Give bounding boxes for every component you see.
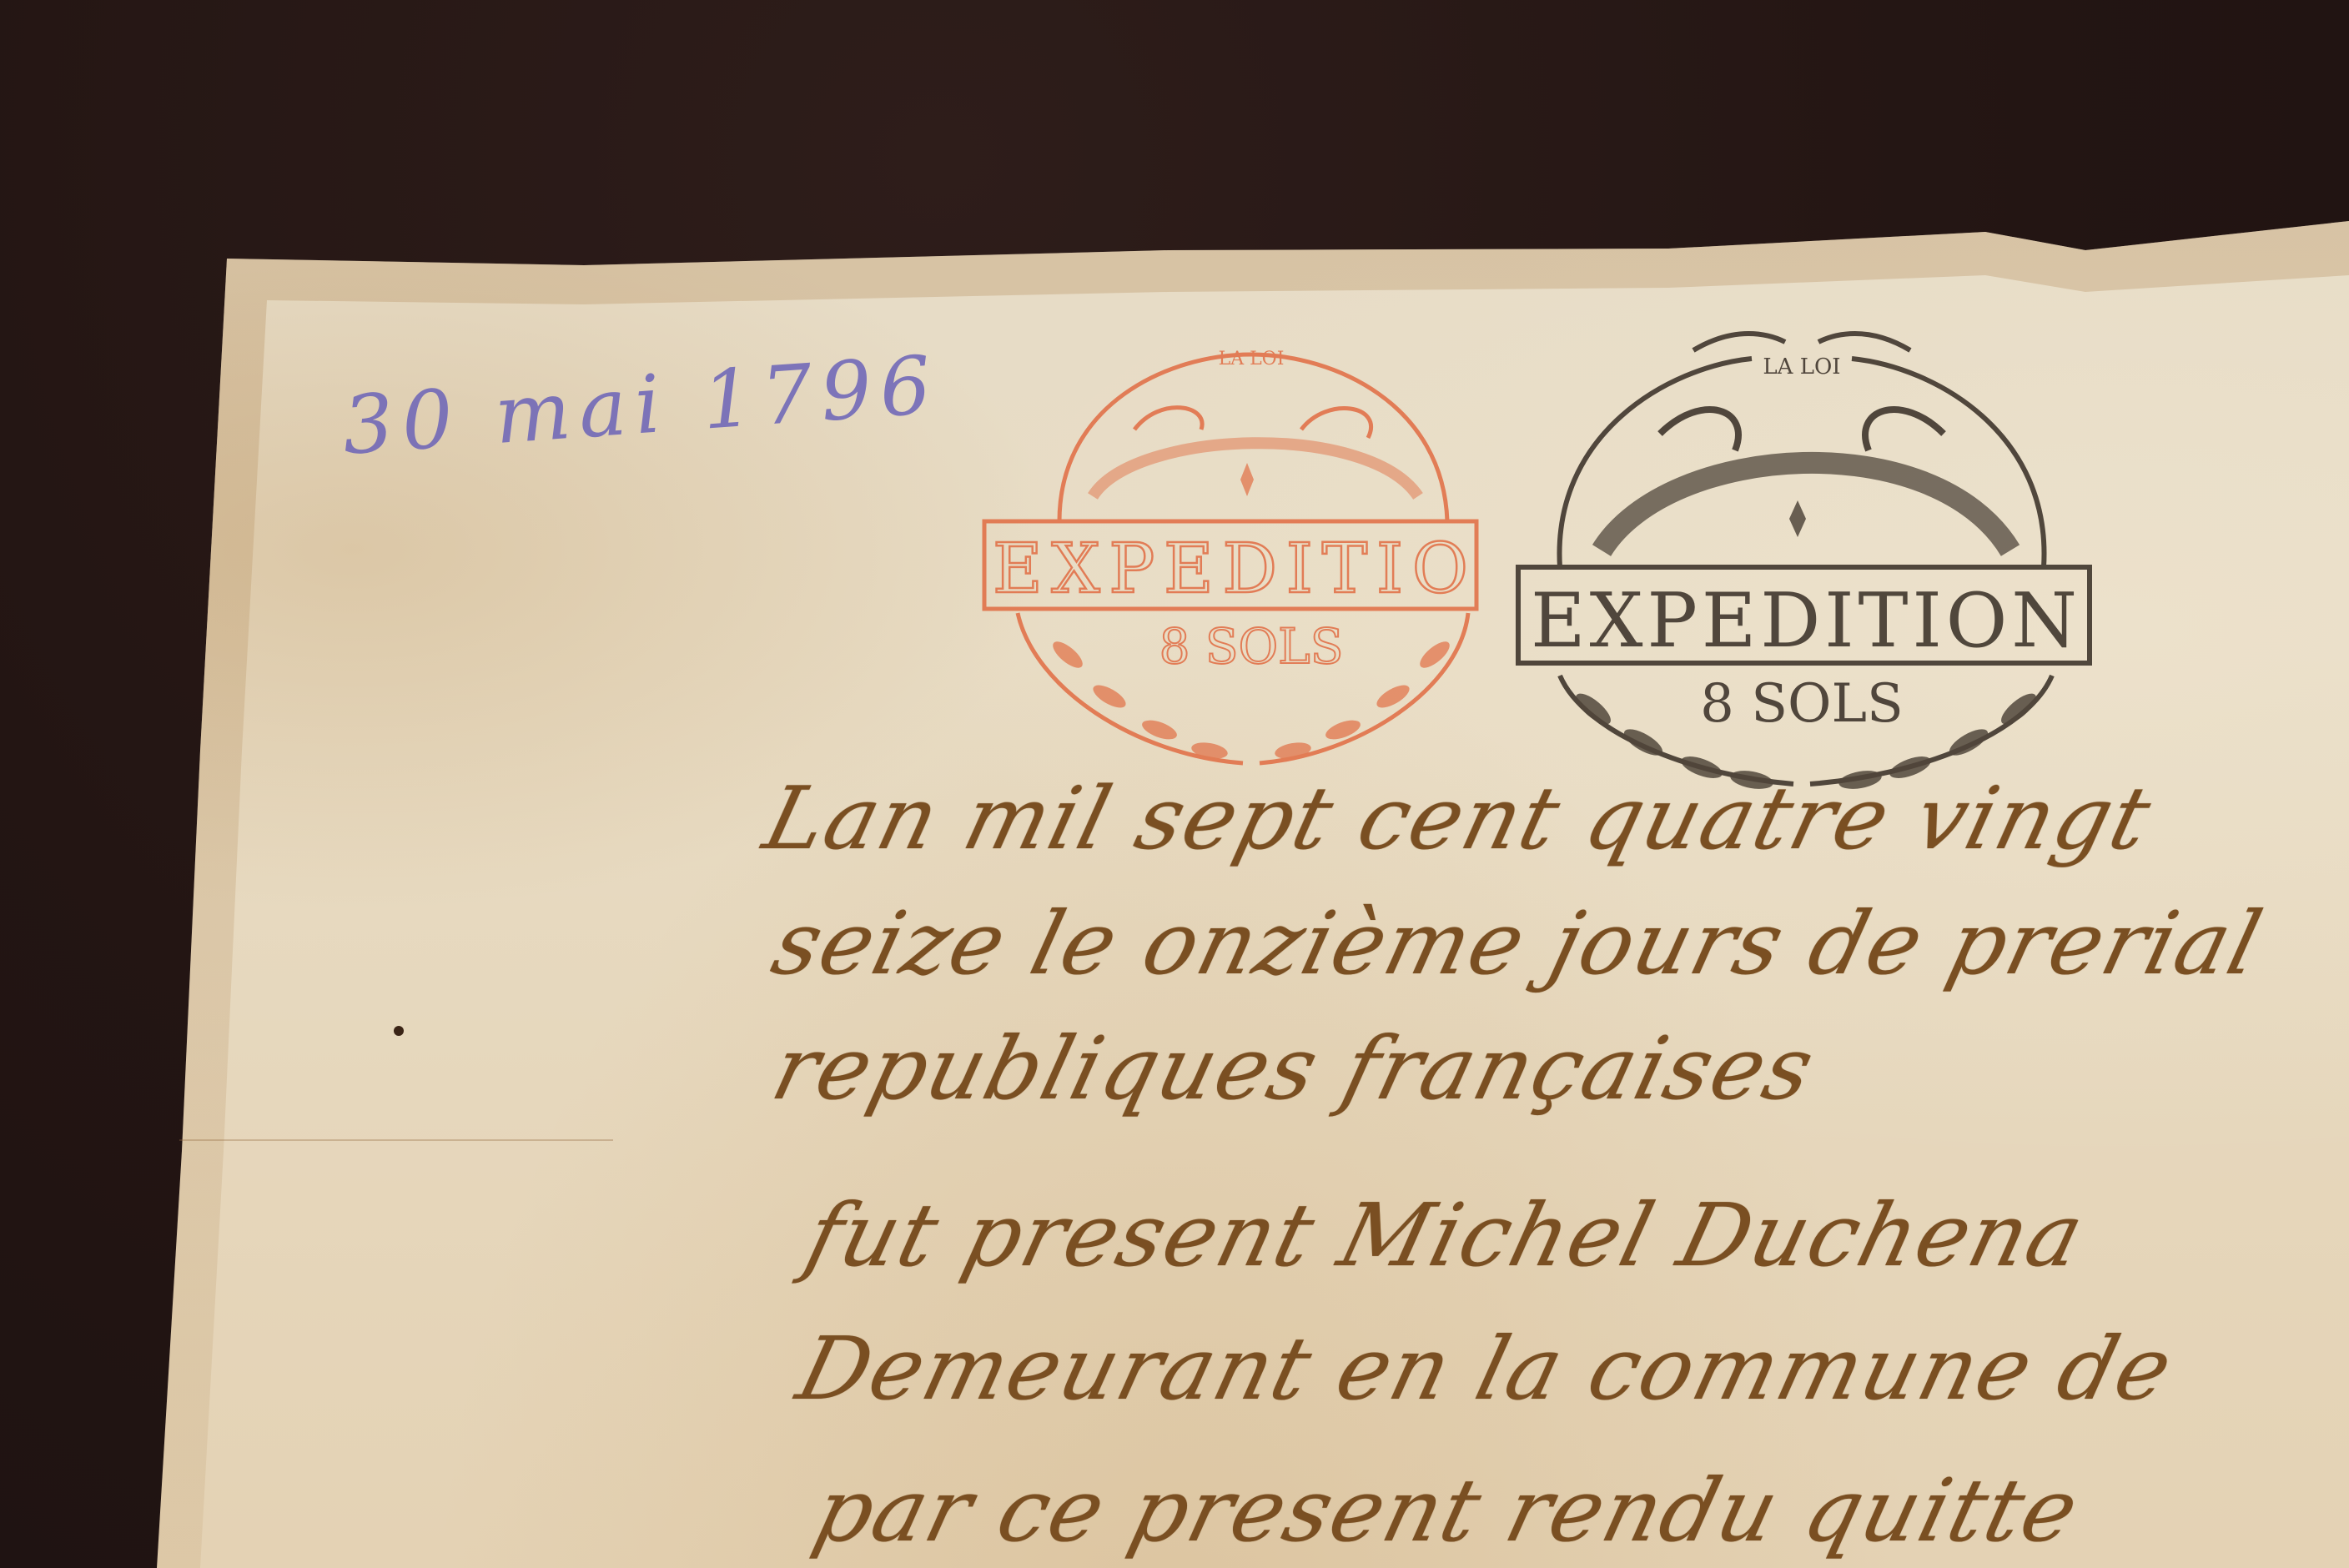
- svg-text:8 SOLS: 8 SOLS: [1159, 618, 1344, 675]
- handwritten-line: fut present Michel Duchena: [797, 1184, 2095, 1286]
- paper-crease: [179, 1139, 613, 1141]
- svg-text:LA LOI: LA LOI: [1763, 354, 1840, 379]
- handwritten-line: seize le onzième jours de prerial: [763, 892, 2273, 994]
- handwritten-line: Demeurant en la commune de: [788, 1318, 2184, 1420]
- stamp-red-icon: LA LOI EXPEDITIO 8 SOLS: [968, 329, 1535, 797]
- handwritten-line: republiques françaises: [763, 1018, 1825, 1119]
- handwritten-line: Lan mil sept cent quatre vingt: [755, 767, 2162, 869]
- red-tax-stamp: LA LOI EXPEDITIO 8 SOLS: [968, 329, 1535, 797]
- svg-text:8 SOLS: 8 SOLS: [1700, 673, 1904, 735]
- ink-speck: [394, 1026, 404, 1036]
- black-tax-stamp: LA LOI EXPEDITION 8 SOLS: [1501, 317, 2102, 801]
- svg-text:LA LOI: LA LOI: [1219, 349, 1285, 369]
- stamp-black-icon: LA LOI EXPEDITION 8 SOLS: [1501, 317, 2102, 801]
- svg-text:EXPEDITION: EXPEDITION: [1531, 577, 2077, 665]
- svg-text:EXPEDITIO: EXPEDITIO: [993, 530, 1468, 609]
- handwritten-line: par ce present rendu quitte: [805, 1460, 2090, 1561]
